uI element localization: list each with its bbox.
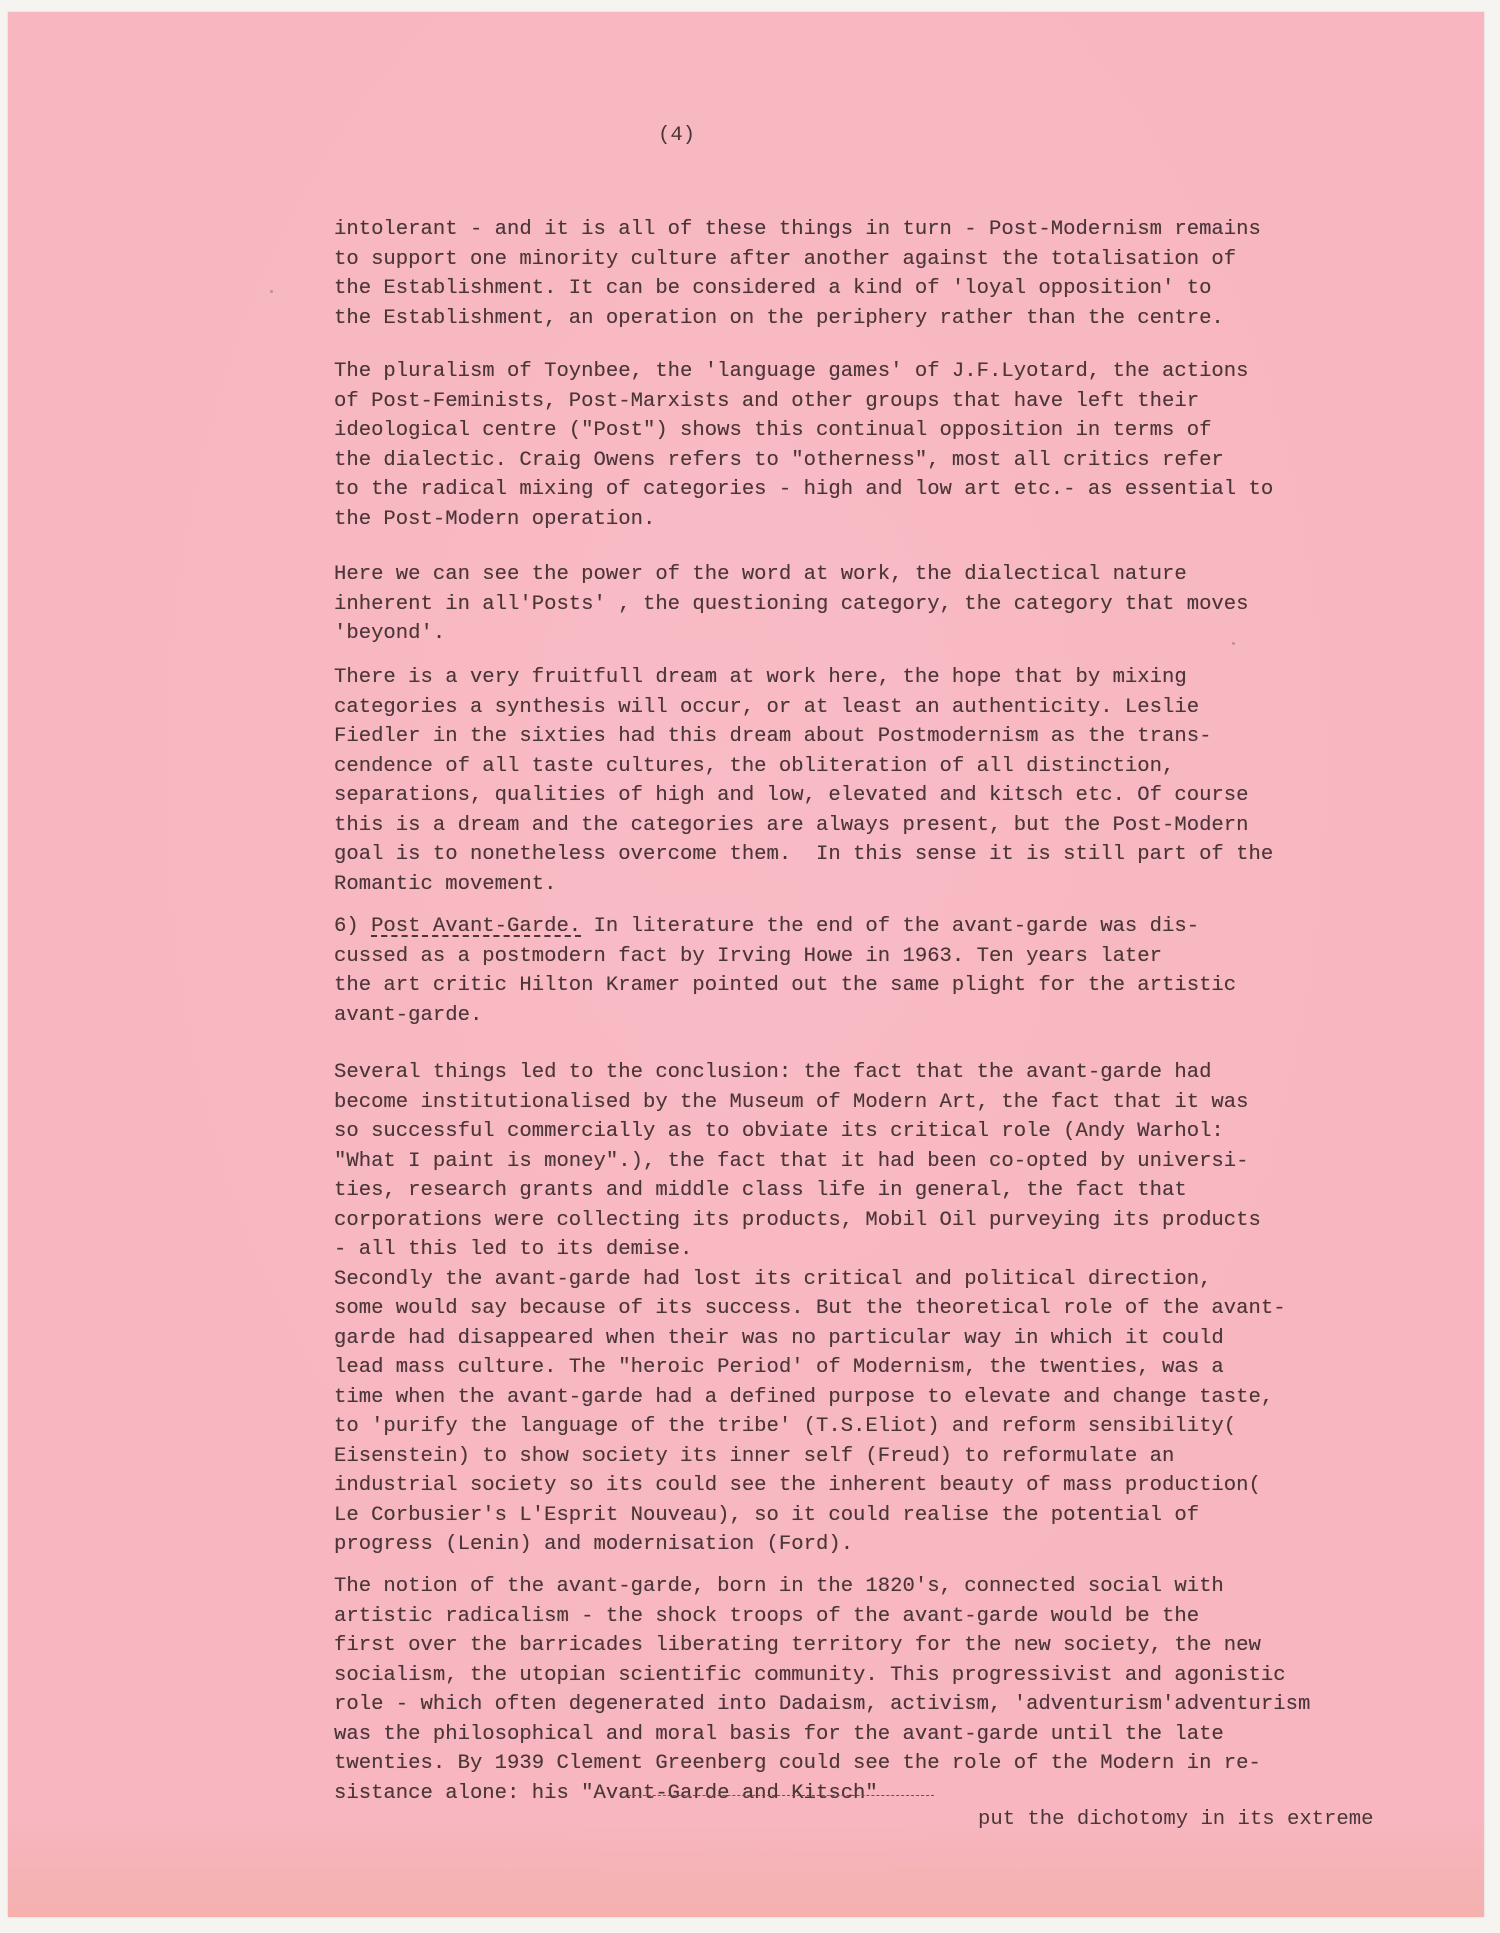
text-line: the Establishment, an operation on the p… [334, 304, 1261, 334]
text-line: "What I paint is money".), the fact that… [334, 1147, 1286, 1177]
text-line: - all this led to its demise. [334, 1235, 1286, 1265]
text-line: corporations were collecting its product… [334, 1206, 1286, 1236]
section-post-avant-garde: 6) Post Avant-Garde. In literature the e… [334, 912, 1236, 1030]
text-line: 'beyond'. [334, 619, 1249, 649]
text-line: the dialectic. Craig Owens refers to "ot… [334, 446, 1273, 476]
text-line: intolerant - and it is all of these thin… [334, 215, 1261, 245]
paragraph-avant-garde-notion: The notion of the avant-garde, born in t… [334, 1572, 1310, 1808]
text-line: Romantic movement. [334, 870, 1273, 900]
text-line: first over the barricades liberating ter… [334, 1631, 1310, 1661]
text-line: Le Corbusier's L'Esprit Nouveau), so it … [334, 1501, 1286, 1531]
section-heading: Post Avant-Garde. [371, 915, 581, 938]
text-line: time when the avant-garde had a defined … [334, 1383, 1286, 1413]
text-line: the Establishment. It can be considered … [334, 274, 1261, 304]
text-fragment: In literature the end of the avant-garde… [581, 915, 1199, 938]
title-underline [628, 1795, 934, 1796]
text-line: become institutionalised by the Museum o… [334, 1088, 1286, 1118]
text-line: lead mass culture. The "heroic Period' o… [334, 1353, 1286, 1383]
text-line: this is a dream and the categories are a… [334, 811, 1273, 841]
text-line: The notion of the avant-garde, born in t… [334, 1572, 1310, 1602]
text-line: so successful commercially as to obviate… [334, 1117, 1286, 1147]
text-line: cendence of all taste cultures, the obli… [334, 752, 1273, 782]
text-line: to support one minority culture after an… [334, 245, 1261, 275]
text-line: categories a synthesis will occur, or at… [334, 693, 1273, 723]
text-line: ties, research grants and middle class l… [334, 1176, 1286, 1206]
paper-speck [270, 290, 273, 293]
text-line: ideological centre ("Post") shows this c… [334, 416, 1273, 446]
trailing-text: put the dichotomy in its extreme [978, 1808, 1373, 1831]
text-line: 6) Post Avant-Garde. In literature the e… [334, 912, 1236, 942]
text-line: There is a very fruitfull dream at work … [334, 663, 1273, 693]
text-line: was the philosophical and moral basis fo… [334, 1720, 1310, 1750]
text-line: cussed as a postmodern fact by Irving Ho… [334, 942, 1236, 972]
text-line: Fiedler in the sixties had this dream ab… [334, 722, 1273, 752]
page-number: (4) [658, 124, 695, 147]
text-line: Here we can see the power of the word at… [334, 560, 1249, 590]
text-line: sistance alone: his "Avant-Garde and Kit… [334, 1779, 1310, 1809]
text-line: of Post-Feminists, Post-Marxists and oth… [334, 387, 1273, 417]
text-line: The pluralism of Toynbee, the 'language … [334, 357, 1273, 387]
paragraph-power-of-word: Here we can see the power of the word at… [334, 560, 1249, 649]
text-line: avant-garde. [334, 1001, 1236, 1031]
paragraph-fruitful-dream: There is a very fruitfull dream at work … [334, 663, 1273, 899]
text-line: goal is to nonetheless overcome them. In… [334, 840, 1273, 870]
text-line: socialism, the utopian scientific commun… [334, 1661, 1310, 1691]
text-line: Several things led to the conclusion: th… [334, 1058, 1286, 1088]
text-line: twenties. By 1939 Clement Greenberg coul… [334, 1749, 1310, 1779]
paragraph-conclusion: Several things led to the conclusion: th… [334, 1058, 1286, 1560]
text-line: to the radical mixing of categories - hi… [334, 475, 1273, 505]
paragraph-loyal-opposition: intolerant - and it is all of these thin… [334, 215, 1261, 333]
text-line: inherent in all'Posts' , the questioning… [334, 590, 1249, 620]
text-line: to 'purify the language of the tribe' (T… [334, 1412, 1286, 1442]
text-line: the Post-Modern operation. [334, 505, 1273, 535]
text-line: artistic radicalism - the shock troops o… [334, 1602, 1310, 1632]
text-line: role - which often degenerated into Dada… [334, 1690, 1310, 1720]
text-line: industrial society so its could see the … [334, 1471, 1286, 1501]
text-line: Secondly the avant-garde had lost its cr… [334, 1265, 1286, 1295]
text-line: separations, qualities of high and low, … [334, 781, 1273, 811]
text-line: progress (Lenin) and modernisation (Ford… [334, 1530, 1286, 1560]
text-line: the art critic Hilton Kramer pointed out… [334, 971, 1236, 1001]
section-number: 6) [334, 915, 371, 938]
text-line: some would say because of its success. B… [334, 1294, 1286, 1324]
paragraph-pluralism: The pluralism of Toynbee, the 'language … [334, 357, 1273, 534]
text-line: Eisenstein) to show society its inner se… [334, 1442, 1286, 1472]
text-line: garde had disappeared when their was no … [334, 1324, 1286, 1354]
